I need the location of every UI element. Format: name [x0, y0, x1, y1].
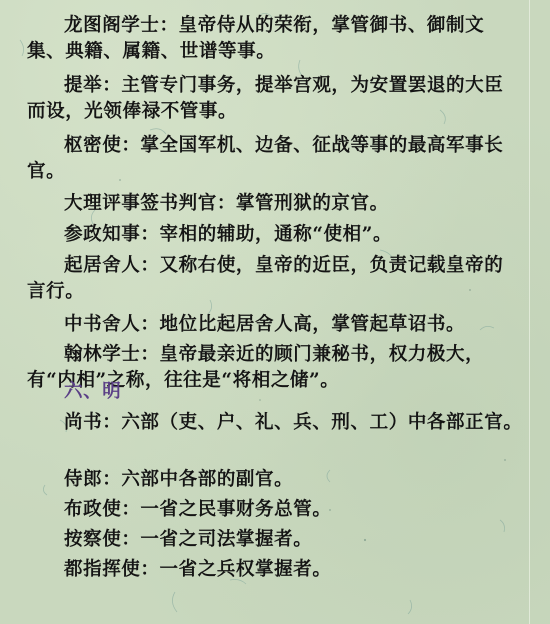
document-page: 龙图阁学士：皇帝侍从的荣衔，掌管御书、御制文集、典籍、属籍、世谱等事。 提举：主… [0, 0, 550, 624]
entry-title: 都指挥使 [64, 559, 140, 580]
entry-duzhihuishi: 都指挥使：一省之兵权掌握者。 [27, 557, 521, 583]
entry-shumishi: 枢密使：掌全国军机、边备、征战等事的最高军事长官。 [27, 133, 521, 185]
entry-desc: 掌管刑狱的京官。 [236, 193, 389, 214]
entry-title: 参政知事 [64, 224, 140, 245]
entry-title: 枢密使 [64, 135, 121, 156]
entry-desc: 一省之司法掌握者。 [140, 529, 312, 550]
section-heading-ming: 六、明 [64, 379, 121, 405]
entry-buzhengshi: 布政使：一省之民事财务总管。 [27, 497, 521, 523]
entry-longtuge-xueshi: 龙图阁学士：皇帝侍从的荣衔，掌管御书、御制文集、典籍、属籍、世谱等事。 [27, 13, 521, 65]
entry-title: 大理评事签书判官 [64, 193, 217, 214]
entry-title: 侍郎 [64, 469, 102, 490]
entry-title: 龙图阁学士 [64, 15, 160, 36]
entry-qiju-sheren: 起居舍人：又称右使，皇帝的近臣，负责记载皇帝的言行。 [27, 253, 521, 305]
entry-title: 按察使 [64, 529, 121, 550]
entry-title: 翰林学士 [64, 344, 140, 365]
entry-dali-pingshi: 大理评事签书判官：掌管刑狱的京官。 [27, 191, 521, 217]
entry-desc: 六部中各部的副官。 [121, 469, 293, 490]
entry-zhongshu-sheren: 中书舍人：地位比起居舍人高，掌管起草诏书。 [27, 312, 521, 338]
entry-title: 尚书 [64, 412, 102, 433]
entry-shilang: 侍郎：六部中各部的副官。 [27, 467, 521, 493]
entry-canzheng-zhishi: 参政知事：宰相的辅助，通称“使相”。 [27, 222, 521, 248]
entry-shangshu: 尚书：六部（吏、户、礼、兵、刑、工）中各部正官。 [27, 410, 521, 436]
entry-desc: 地位比起居舍人高，掌管起草诏书。 [160, 314, 466, 335]
entry-title: 中书舍人 [64, 314, 140, 335]
entry-title: 起居舍人 [64, 255, 140, 276]
entry-desc: 一省之兵权掌握者。 [160, 559, 332, 580]
entry-tiju: 提举：主管专门事务，提举宫观，为安置罢退的大臣而设，光领俸禄不管事。 [27, 73, 521, 125]
entry-desc: 六部（吏、户、礼、兵、刑、工）中各部正官。 [121, 412, 522, 433]
entry-desc: 宰相的辅助，通称“使相”。 [160, 224, 393, 245]
entry-desc: 一省之民事财务总管。 [140, 499, 331, 520]
entry-anchashi: 按察使：一省之司法掌握者。 [27, 527, 521, 553]
entry-title: 提举 [64, 75, 102, 96]
entry-title: 布政使 [64, 499, 121, 520]
